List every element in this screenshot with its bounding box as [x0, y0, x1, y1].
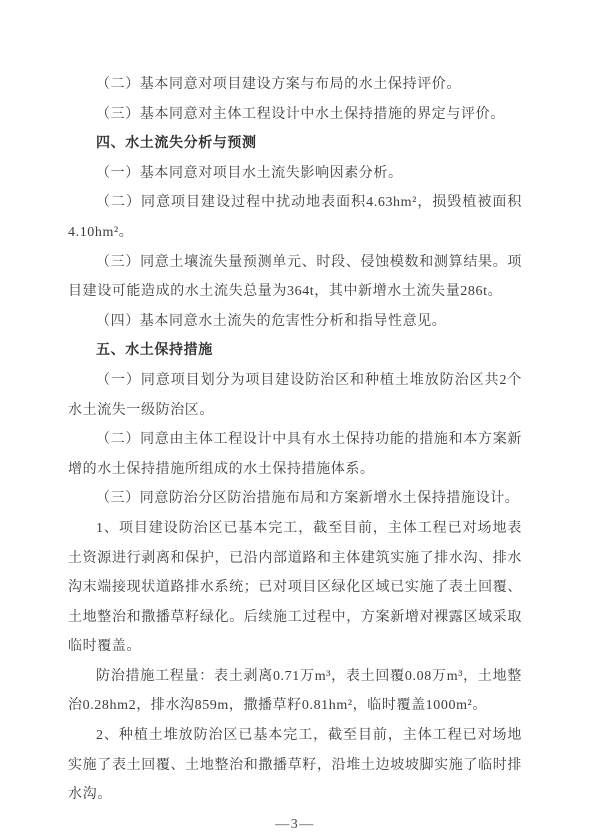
doc-paragraph: 防治措施工程量：表土剥离0.71万m³，表土回覆0.08万m³，土地整治0.28…	[68, 662, 522, 721]
page-number: —3—	[68, 810, 522, 834]
doc-paragraph: （三）同意防治分区防治措施布局和方案新增水土保持措施设计。	[68, 484, 522, 514]
doc-paragraph: （三）同意土壤流失量预测单元、时段、侵蚀模数和测算结果。项目建设可能造成的水土流…	[68, 248, 522, 307]
doc-paragraph: （二）同意由主体工程设计中具有水土保持功能的措施和本方案新增的水土保持措施所组成…	[68, 425, 522, 484]
doc-paragraph: 2、种植土堆放防治区已基本完工，截至目前，主体工程已对场地实施了表土回覆、土地整…	[68, 721, 522, 810]
doc-paragraph: （一）基本同意对项目水土流失影响因素分析。	[68, 159, 522, 189]
doc-paragraph: （三）基本同意对主体工程设计中水土保持措施的界定与评价。	[68, 100, 522, 130]
section-heading-4: 四、水土流失分析与预测	[68, 129, 522, 159]
doc-paragraph: （一）同意项目划分为项目建设防治区和种植土堆放防治区共2个水土流失一级防治区。	[68, 366, 522, 425]
doc-paragraph: （四）基本同意水土流失的危害性分析和指导性意见。	[68, 307, 522, 337]
doc-paragraph: 1、项目建设防治区已基本完工，截至目前，主体工程已对场地表土资源进行剥离和保护，…	[68, 514, 522, 662]
section-heading-5: 五、水土保持措施	[68, 336, 522, 366]
doc-paragraph: （二）同意项目建设过程中扰动地表面积4.63hm²，损毁植被面积4.10hm²。	[68, 188, 522, 247]
doc-paragraph: （二）基本同意对项目建设方案与布局的水土保持评价。	[68, 70, 522, 100]
document-page: （二）基本同意对项目建设方案与布局的水土保持评价。 （三）基本同意对主体工程设计…	[0, 0, 590, 834]
